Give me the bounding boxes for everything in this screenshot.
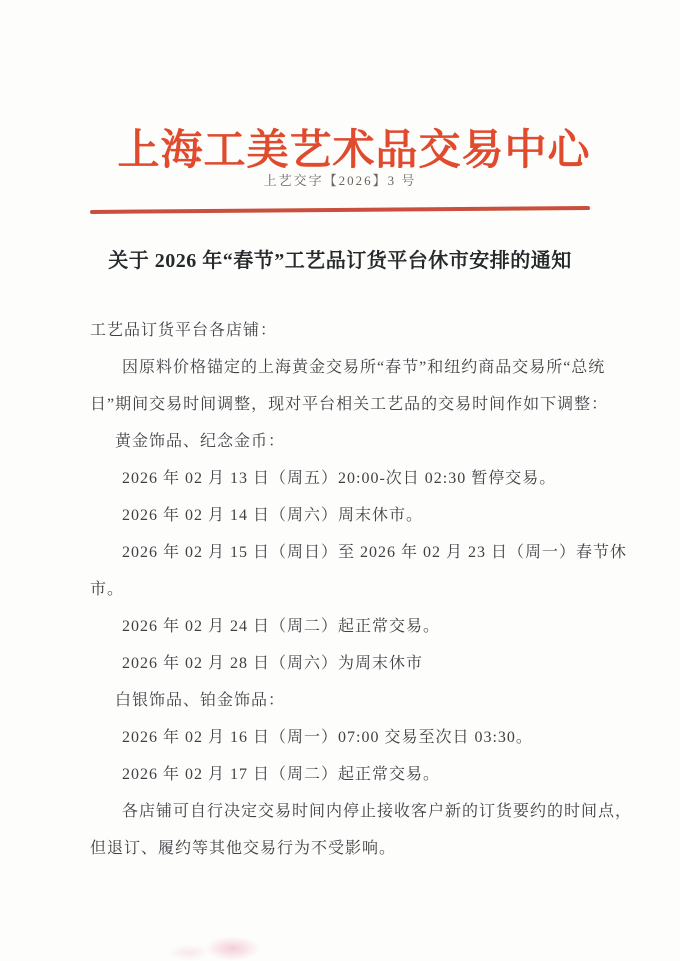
body-line: 黄金饰品、纪念金币： (90, 423, 680, 460)
body-line: 2026 年 02 月 15 日（周日）至 2026 年 02 月 23 日（周… (90, 534, 680, 571)
scan-ink-smudge (205, 936, 260, 961)
scanned-notice-page: 上海工美艺术品交易中心 上艺交字【2026】3 号 关于 2026 年“春节”工… (0, 0, 680, 961)
body-line: 2026 年 02 月 24 日（周二）起正常交易。 (90, 608, 680, 645)
letterhead: 上海工美艺术品交易中心 上艺交字【2026】3 号 (0, 122, 680, 212)
body-line: 各店铺可自行决定交易时间内停止接收客户新的订货要约的时间点， (90, 793, 680, 830)
body-line: 2026 年 02 月 16 日（周一）07:00 交易至次日 03:30。 (90, 719, 680, 756)
body-line: 2026 年 02 月 13 日（周五）20:00-次日 02:30 暂停交易。 (90, 460, 680, 497)
body-line: 日”期间交易时间调整，现对平台相关工艺品的交易时间作如下调整： (90, 386, 680, 423)
body-line: 2026 年 02 月 17 日（周二）起正常交易。 (90, 756, 680, 793)
body-line: 市。 (90, 571, 680, 608)
notice-title: 关于 2026 年“春节”工艺品订货平台休市安排的通知 (40, 246, 640, 276)
body-line: 白银饰品、铂金饰品： (90, 682, 680, 719)
body-line: 2026 年 02 月 28 日（周六）为周末休市 (90, 645, 680, 682)
notice-body: 工艺品订货平台各店铺： 因原料价格锚定的上海黄金交易所“春节”和纽约商品交易所“… (90, 312, 680, 867)
body-line: 工艺品订货平台各店铺： (90, 312, 680, 349)
body-line: 因原料价格锚定的上海黄金交易所“春节”和纽约商品交易所“总统 (90, 349, 680, 386)
body-line: 但退订、履约等其他交易行为不受影响。 (90, 830, 680, 867)
letterhead-org-name: 上海工美艺术品交易中心 (14, 122, 680, 180)
scan-ink-smudge (168, 944, 210, 961)
letterhead-divider-rule (90, 206, 590, 214)
body-line: 2026 年 02 月 14 日（周六）周末休市。 (90, 497, 680, 534)
